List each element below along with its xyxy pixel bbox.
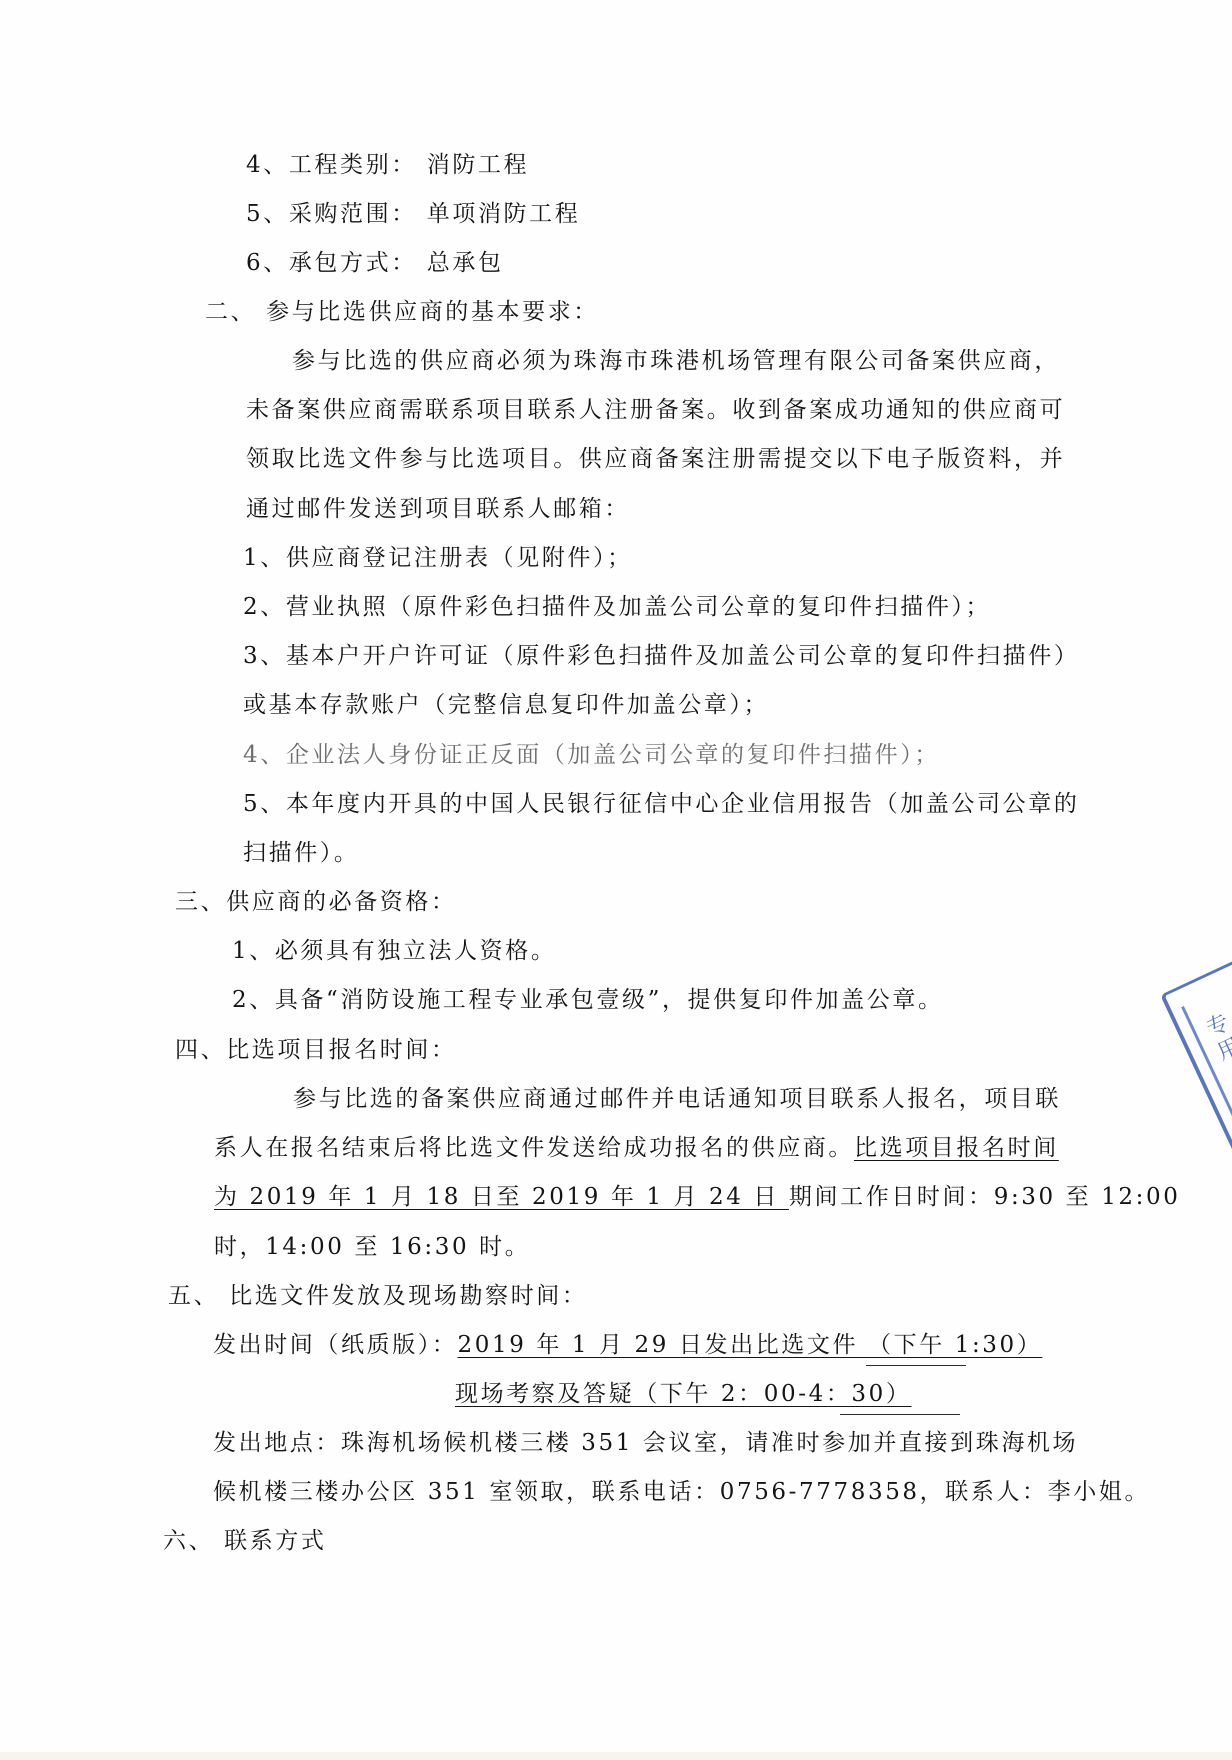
registration-time-highlight: 比选项目报名时间 xyxy=(854,1135,1059,1161)
registration-para-line: 系人在报名结束后将比选文件发送给成功报名的供应商。比选项目报名时间 xyxy=(214,1133,1059,1163)
section-3-heading: 三、供应商的必备资格： xyxy=(175,887,457,917)
requirement-item-5-cont: 扫描件）。 xyxy=(243,838,360,868)
requirement-item-2: 2、营业执照（原件彩色扫描件及加盖公司公章的复印件扫描件）； xyxy=(243,592,991,622)
scan-bottom-edge xyxy=(0,1752,1232,1760)
requirement-item-1: 1、供应商登记注册表（见附件）； xyxy=(243,543,633,573)
document-page: 4、工程类别： 消防工程 5、采购范围： 单项消防工程 6、承包方式： 总承包 … xyxy=(0,0,1232,1760)
issue-time-underline-extension xyxy=(866,1365,966,1366)
project-type-item: 4、工程类别： 消防工程 xyxy=(246,150,529,180)
qualification-item-1: 1、必须具有独立法人资格。 xyxy=(232,936,556,966)
issue-location-line: 候机楼三楼办公区 351 室领取，联系电话：0756-7778358，联系人：李… xyxy=(213,1477,1150,1507)
section-4-heading: 四、比选项目报名时间： xyxy=(175,1035,457,1065)
registration-para-line: 参与比选的备案供应商通过邮件并电话通知项目联系人报名，项目联 xyxy=(293,1084,1061,1114)
site-visit-underline-extension xyxy=(840,1414,960,1415)
requirement-item-3-cont: 或基本存款账户（完整信息复印件加盖公章）； xyxy=(243,690,769,720)
issue-location-line: 发出地点：珠海机场候机楼三楼 351 会议室，请准时参加并直接到珠海机场 xyxy=(213,1428,1078,1458)
registration-para-line: 时，14:00 至 16:30 时。 xyxy=(214,1232,530,1262)
site-visit-time: 现场考察及答疑（下午 2：00-4：30） xyxy=(455,1379,911,1409)
issue-time-row: 发出时间（纸质版）：2019 年 1 月 29 日发出比选文件 （下午 1:30… xyxy=(213,1330,1042,1360)
section-2-heading: 二、 参与比选供应商的基本要求： xyxy=(205,297,599,327)
section-2-para-line: 参与比选的供应商必须为珠海市珠港机场管理有限公司备案供应商， xyxy=(292,346,1060,376)
issue-time-label: 发出时间（纸质版）： xyxy=(213,1332,458,1358)
requirement-item-5: 5、本年度内开具的中国人民银行征信中心企业信用报告（加盖公司公章的 xyxy=(243,789,1079,819)
requirement-item-4: 4、企业法人身份证正反面（加盖公司公章的复印件扫描件）； xyxy=(243,740,940,770)
registration-para-line: 为 2019 年 1 月 18 日至 2019 年 1 月 24 日 期间工作日… xyxy=(214,1182,1180,1212)
section-2-para-line: 领取比选文件参与比选项目。供应商备案注册需提交以下电子版资料，并 xyxy=(246,444,1065,474)
registration-text: 系人在报名结束后将比选文件发送给成功报名的供应商。 xyxy=(214,1135,854,1161)
section-2-para-line: 未备案供应商需联系项目联系人注册备案。收到备案成功通知的供应商可 xyxy=(246,395,1065,425)
registration-date-range: 为 2019 年 1 月 18 日至 2019 年 1 月 24 日 xyxy=(214,1184,789,1210)
issue-time-value: 2019 年 1 月 29 日发出比选文件 （下午 1:30） xyxy=(458,1332,1043,1358)
section-2-para-line: 通过邮件发送到项目联系人邮箱： xyxy=(246,494,630,524)
requirement-item-3: 3、基本户开户许可证（原件彩色扫描件及加盖公司公章的复印件扫描件） xyxy=(243,641,1079,671)
procurement-scope-item: 5、采购范围： 单项消防工程 xyxy=(246,199,580,229)
section-5-heading: 五、 比选文件发放及现场勘察时间： xyxy=(168,1281,588,1311)
contract-mode-item: 6、承包方式： 总承包 xyxy=(246,248,504,278)
section-6-heading: 六、 联系方式 xyxy=(163,1526,327,1556)
working-hours: 期间工作日时间：9:30 至 12:00 xyxy=(789,1184,1181,1210)
qualification-item-2: 2、具备“消防设施工程专业承包壹级”，提供复印件加盖公章。 xyxy=(232,985,944,1015)
